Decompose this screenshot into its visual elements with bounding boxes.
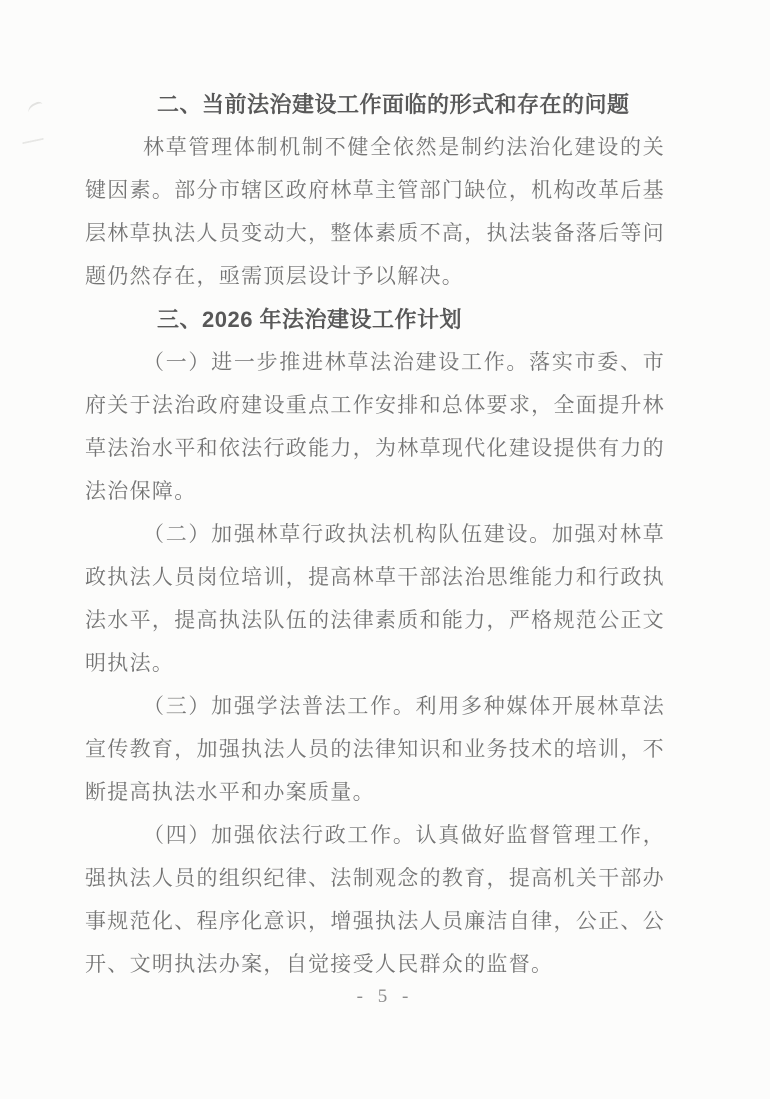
paragraph-plan-item-3: （三）加强学法普法工作。利用多种媒体开展林草法治 宣传教育，加强执法人员的法律知… bbox=[85, 685, 665, 814]
text-line: 键因素。部分市辖区政府林草主管部门缺位，机构改革后基 bbox=[85, 169, 665, 212]
text-line: （二）加强林草行政执法机构队伍建设。加强对林草行 bbox=[85, 513, 665, 556]
document-body: 二、当前法治建设工作面临的形式和存在的问题 林草管理体制机制不健全依然是制约法治… bbox=[85, 83, 665, 986]
page-number: - 5 - bbox=[0, 986, 770, 1008]
document-page: 二、当前法治建设工作面临的形式和存在的问题 林草管理体制机制不健全依然是制约法治… bbox=[0, 0, 770, 1099]
paragraph-intro-problems: 林草管理体制机制不健全依然是制约法治化建设的关 键因素。部分市辖区政府林草主管部… bbox=[85, 126, 665, 298]
text-line: 题仍然存在，亟需顶层设计予以解决。 bbox=[85, 255, 665, 298]
scan-smudge-icon bbox=[26, 100, 46, 118]
text-line: 事规范化、程序化意识，增强执法人员廉洁自律，公正、公 bbox=[85, 900, 665, 943]
paragraph-plan-item-2: （二）加强林草行政执法机构队伍建设。加强对林草行 政执法人员岗位培训，提高林草干… bbox=[85, 513, 665, 685]
text-line: 开、文明执法办案，自觉接受人民群众的监督。 bbox=[85, 943, 665, 986]
text-line: 政执法人员岗位培训，提高林草干部法治思维能力和行政执 bbox=[85, 556, 665, 599]
section-heading-2: 二、当前法治建设工作面临的形式和存在的问题 bbox=[85, 83, 665, 126]
text-line: 断提高执法水平和办案质量。 bbox=[85, 771, 665, 814]
text-line: 层林草执法人员变动大，整体素质不高，执法装备落后等问 bbox=[85, 212, 665, 255]
text-line: 草法治水平和依法行政能力，为林草现代化建设提供有力的 bbox=[85, 427, 665, 470]
text-line: 林草管理体制机制不健全依然是制约法治化建设的关 bbox=[85, 126, 665, 169]
section-heading-3: 三、2026 年法治建设工作计划 bbox=[85, 298, 665, 341]
text-line: 法水平，提高执法队伍的法律素质和能力，严格规范公正文 bbox=[85, 599, 665, 642]
text-line: 明执法。 bbox=[85, 642, 665, 685]
text-line: （一）进一步推进林草法治建设工作。落实市委、市政 bbox=[85, 341, 665, 384]
text-line: 强执法人员的组织纪律、法制观念的教育，提高机关干部办 bbox=[85, 857, 665, 900]
text-line: 府关于法治政府建设重点工作安排和总体要求，全面提升林 bbox=[85, 384, 665, 427]
text-line: 宣传教育，加强执法人员的法律知识和业务技术的培训，不 bbox=[85, 728, 665, 771]
text-line: （三）加强学法普法工作。利用多种媒体开展林草法治 bbox=[85, 685, 665, 728]
paragraph-plan-item-4: （四）加强依法行政工作。认真做好监督管理工作，加 强执法人员的组织纪律、法制观念… bbox=[85, 814, 665, 986]
text-line: 法治保障。 bbox=[85, 470, 665, 513]
text-line: （四）加强依法行政工作。认真做好监督管理工作，加 bbox=[85, 814, 665, 857]
paragraph-plan-item-1: （一）进一步推进林草法治建设工作。落实市委、市政 府关于法治政府建设重点工作安排… bbox=[85, 341, 665, 513]
scan-smudge-icon bbox=[22, 138, 44, 145]
